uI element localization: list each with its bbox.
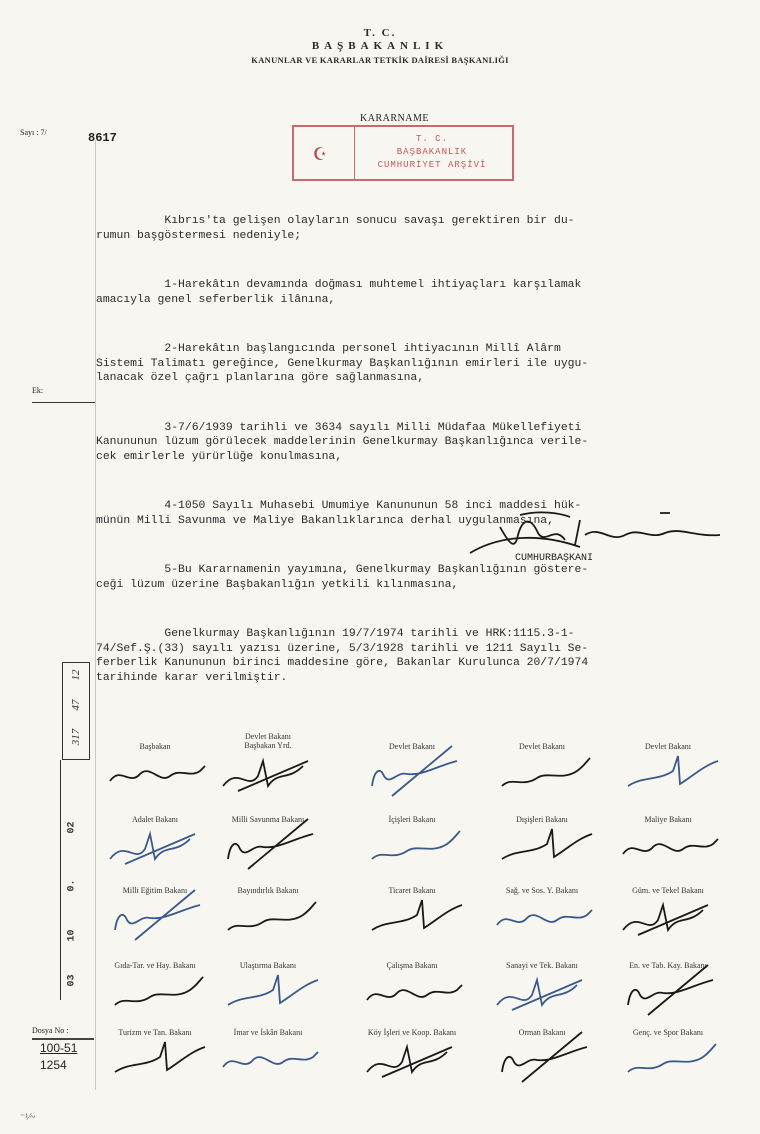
minister-signature	[492, 975, 602, 1020]
minister-signature	[618, 975, 728, 1020]
minister-title: Güm. ve Tekel Bakanı	[623, 886, 713, 895]
minister-title: Devlet Bakanı Başbakan Yrd.	[223, 732, 313, 750]
minister-signature	[105, 756, 215, 801]
minister-signature	[362, 829, 472, 874]
minister-signature	[362, 756, 472, 801]
side-margin-line	[60, 760, 61, 1000]
document-page: T. C. BAŞBAKANLIK KANUNLAR VE KARARLAR T…	[0, 0, 760, 1134]
minister-title: Milli Eğitim Bakanı	[110, 886, 200, 895]
side-digit-1: 02	[67, 821, 78, 833]
minister-signature	[105, 900, 215, 945]
minister-signature	[492, 900, 602, 945]
side-digit-2: 0.	[67, 879, 78, 891]
document-number: 8617	[88, 131, 117, 145]
minister-title: İmar ve İskân Bakanı	[223, 1028, 313, 1037]
stamp-divider	[354, 127, 355, 179]
minister-title: Devlet Bakanı	[497, 742, 587, 751]
crescent-star-icon: ☪	[314, 141, 326, 167]
stamp-line-1: T. C.	[356, 133, 508, 146]
side-digit-3: 10	[67, 929, 78, 941]
paragraph-5: 5-Bu Kararnamenin yayımına, Genelkurmay …	[96, 563, 736, 592]
attachment-line	[32, 402, 95, 403]
header-department: KANUNLAR VE KARARLAR TETKİK DAİRESİ BAŞK…	[0, 55, 760, 65]
minister-title: En. ve Tab. Kay. Bakanı	[623, 961, 713, 970]
file-label: Dosya No :	[32, 1026, 68, 1035]
minister-signature	[105, 1042, 215, 1087]
paragraph-1: 1-Harekâtın devamında doğması muhtemel i…	[96, 278, 736, 307]
paragraph-intro: Kıbrıs'ta gelişen olayların sonucu savaş…	[96, 214, 736, 243]
minister-signature	[618, 900, 728, 945]
minister-title: Ticaret Bakanı	[367, 886, 457, 895]
minister-title: Sağ. ve Sos. Y. Bakanı	[497, 886, 587, 895]
president-title: CUMHURBAŞKANI	[515, 553, 593, 564]
archive-stamp: ☪ T. C. BAŞBAKANLIK CUMHURİYET ARŞİVİ	[292, 125, 514, 181]
minister-title: Devlet Bakanı	[367, 742, 457, 751]
minister-signature	[618, 829, 728, 874]
minister-signature	[362, 900, 472, 945]
minister-title: Genç. ve Spor Bakanı	[623, 1028, 713, 1037]
side-box-value-2: 47	[70, 692, 82, 718]
stamp-line-2: BAŞBAKANLIK	[356, 146, 508, 159]
minister-title: Orman Bakanı	[497, 1028, 587, 1037]
minister-signature	[362, 1042, 472, 1087]
header-tc: T. C.	[0, 27, 760, 39]
minister-title: İçişleri Bakanı	[367, 815, 457, 824]
minister-title: Turizm ve Tan. Bakanı	[110, 1028, 200, 1037]
minister-title: Maliye Bakanı	[623, 815, 713, 824]
minister-title: Ulaştırma Bakanı	[223, 961, 313, 970]
paragraph-3: 3-7/6/1939 tarihli ve 3634 sayılı Milli …	[96, 421, 736, 465]
minister-signature	[218, 900, 328, 945]
header-office: BAŞBAKANLIK	[0, 40, 760, 52]
paragraph-2: 2-Harekâtın başlangıcında personel ihtiy…	[96, 342, 736, 386]
minister-title: Devlet Bakanı	[623, 742, 713, 751]
minister-signature	[492, 829, 602, 874]
minister-title: Başbakan	[110, 742, 200, 751]
minister-signature	[218, 975, 328, 1020]
file-line	[32, 1038, 94, 1040]
president-signature	[460, 505, 740, 565]
minister-signature	[105, 829, 215, 874]
minister-title: Köy İşleri ve Koop. Bakanı	[367, 1028, 457, 1037]
side-digit-4: 03	[67, 974, 78, 986]
minister-signature	[618, 1042, 728, 1087]
minister-title: Çalışma Bakanı	[367, 961, 457, 970]
number-label: Sayı : 7/	[20, 128, 47, 137]
minister-title: Gıda-Tar. ve Hay. Bakanı	[110, 961, 200, 970]
minister-title: Sanayi ve Tek. Bakanı	[497, 961, 587, 970]
side-reference-box: 12 47 317	[62, 662, 90, 760]
paragraph-conclusion: Genelkurmay Başkanlığının 19/7/1974 tari…	[96, 627, 736, 685]
minister-title: Adalet Bakanı	[110, 815, 200, 824]
minister-signature	[492, 756, 602, 801]
minister-signature	[218, 829, 328, 874]
file-number-1: 100-51	[40, 1041, 77, 1055]
file-number-2: 1254	[40, 1058, 67, 1072]
minister-signature	[105, 975, 215, 1020]
minister-signature	[218, 1042, 328, 1087]
side-box-value-3: 12	[70, 662, 82, 688]
minister-signature	[618, 756, 728, 801]
minister-signature	[492, 1042, 602, 1087]
side-box-value-1: 317	[70, 724, 82, 750]
decree-body: Kıbrıs'ta gelişen olayların sonucu savaş…	[96, 185, 736, 720]
attachment-label: Ek:	[32, 386, 43, 395]
minister-title: Dışişleri Bakanı	[497, 815, 587, 824]
minister-title: Milli Savunma Bakanı	[223, 815, 313, 824]
minister-title: Bayındırlık Bakanı	[223, 886, 313, 895]
minister-signature	[362, 975, 472, 1020]
document-type-title: KARARNAME	[360, 113, 429, 124]
stamp-line-3: CUMHURİYET ARŞİVİ	[356, 159, 508, 172]
minister-signature	[218, 756, 328, 801]
bottom-handwritten-mark: ⁻¹⁄~	[20, 1112, 35, 1123]
